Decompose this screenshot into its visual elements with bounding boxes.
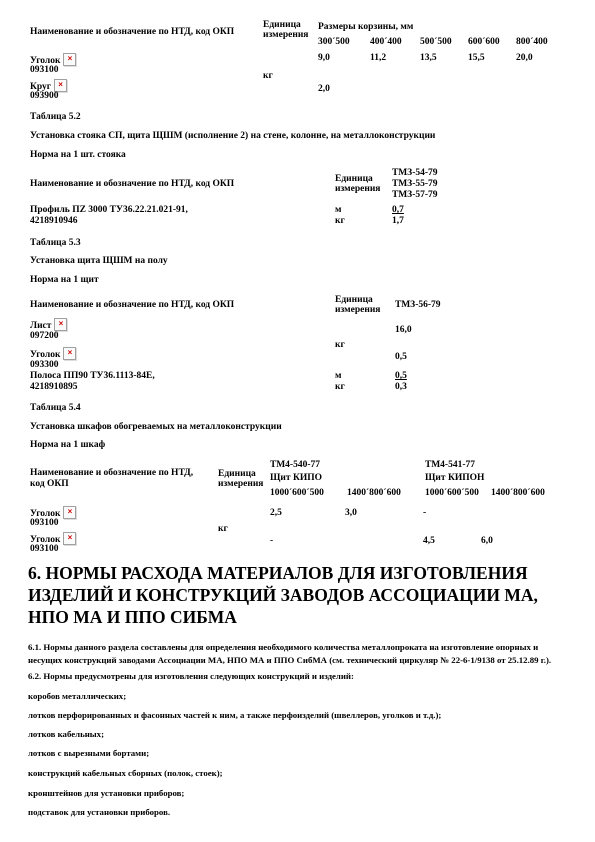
- t54-name-header: Наименование и обозначение по НТД, код О…: [30, 468, 208, 490]
- t51-size-col: 600´600: [468, 37, 500, 48]
- t52-doc-ref: ТМЗ-57-79: [392, 190, 438, 201]
- t54-size-col: 1400´800´600: [491, 488, 545, 499]
- broken-image-icon: ×: [63, 53, 76, 66]
- t53-value-denominator: 0,3: [395, 382, 407, 393]
- t52-caption: Таблица 5.2: [30, 112, 81, 123]
- list-item: конструкций кабельных сборных (полок, ст…: [28, 768, 223, 778]
- t51-size-col: 800´400: [516, 37, 548, 48]
- t53-description: Установка щита ЩШМ на полу: [30, 256, 168, 267]
- t51-row-code: 093900: [30, 91, 59, 102]
- t53-value-numerator: 0,5: [395, 371, 407, 382]
- document-page: Наименование и обозначение по НТД, код О…: [0, 0, 595, 842]
- t53-row-name: Уголок×: [30, 347, 76, 361]
- t53-caption: Таблица 5.3: [30, 238, 81, 249]
- t51-size-col: 500´500: [420, 37, 452, 48]
- t52-unit: м: [335, 205, 341, 216]
- t54-cell: 3,0: [345, 508, 357, 519]
- t52-row-name: Профиль ПZ 3000 ТУ36.22.21.021-91,: [30, 205, 188, 216]
- t52-name-header: Наименование и обозначение по НТД, код О…: [30, 179, 234, 190]
- t54-unit: кг: [218, 524, 228, 535]
- material-name: Уголок: [30, 350, 60, 360]
- t54-cell: -: [423, 508, 426, 519]
- t54-size-col: 1000´600´500: [270, 488, 324, 499]
- t51-unit-header: Единица измерения: [263, 20, 313, 40]
- broken-image-icon: ×: [63, 506, 76, 519]
- t54-doc-ref: ТМ4-541-77: [425, 460, 475, 471]
- list-item: лотков кабельных;: [28, 729, 104, 739]
- t53-unit: кг: [335, 340, 345, 351]
- broken-image-icon: ×: [63, 347, 76, 360]
- list-item: коробов металлических;: [28, 691, 126, 701]
- t54-doc-ref: ТМ4-540-77: [270, 460, 320, 471]
- t52-value-numerator: 0,7: [392, 205, 404, 216]
- t54-cell: 4,5: [423, 536, 435, 547]
- t52-description: Установка стояка СП, щита ЩШМ (исполнени…: [30, 131, 435, 142]
- broken-image-icon: ×: [63, 532, 76, 545]
- t52-unit: кг: [335, 216, 345, 227]
- t51-row-code: 093100: [30, 65, 59, 76]
- t54-cell: 2,5: [270, 508, 282, 519]
- t54-unit-header: Единица измерения: [218, 469, 268, 489]
- t54-row-code: 093100: [30, 544, 59, 555]
- t54-description: Установка шкафов обогреваемых на металло…: [30, 422, 282, 433]
- t54-cell: -: [270, 536, 273, 547]
- t53-doc-ref: ТМЗ-56-79: [395, 300, 441, 311]
- t52-norm: Норма на 1 шт. стояка: [30, 150, 126, 161]
- t51-cell: 15,5: [468, 53, 485, 64]
- t52-unit-header: Единица измерения: [335, 174, 385, 194]
- t51-size-col: 300´500: [318, 37, 350, 48]
- t54-group-title: Щит КИПО: [270, 473, 322, 484]
- t53-row-name: Лист×: [30, 318, 67, 332]
- t53-unit: кг: [335, 382, 345, 393]
- t53-row-code: 097200: [30, 331, 59, 342]
- t51-name-header: Наименование и обозначение по НТД, код О…: [30, 27, 234, 38]
- t54-size-col: 1000´600´500: [425, 488, 479, 499]
- t52-row-code: 4218910946: [30, 216, 78, 227]
- t52-doc-ref: ТМЗ-54-79: [392, 168, 438, 179]
- t54-group-title: Щит КИПОН: [425, 473, 484, 484]
- t53-cell: 0,5: [395, 352, 407, 363]
- t54-size-col: 1400´800´600: [347, 488, 401, 499]
- t53-cell: 16,0: [395, 325, 412, 336]
- t53-norm: Норма на 1 щит: [30, 275, 99, 286]
- t54-cell: 6,0: [481, 536, 493, 547]
- section-heading: 6. НОРМЫ РАСХОДА МАТЕРИАЛОВ ДЛЯ ИЗГОТОВЛ…: [28, 562, 568, 628]
- t51-size-col: 400´400: [370, 37, 402, 48]
- t53-name-header: Наименование и обозначение по НТД, код О…: [30, 300, 234, 311]
- material-name: Лист: [30, 321, 51, 331]
- t53-row-code: 093300: [30, 360, 59, 371]
- t52-doc-ref: ТМЗ-55-79: [392, 179, 438, 190]
- t53-unit: м: [335, 371, 341, 382]
- paragraph-6-1: 6.1. Нормы данного раздела составлены дл…: [28, 641, 573, 667]
- paragraph-6-2: 6.2. Нормы предусмотрены для изготовлени…: [28, 671, 354, 681]
- t53-row-name: Полоса ПП90 ТУ36.1113-84Е,: [30, 371, 155, 382]
- t53-unit-header: Единица измерения: [335, 295, 385, 315]
- list-item: кронштейнов для установки приборов;: [28, 788, 184, 798]
- t52-value-denominator: 1,7: [392, 216, 404, 227]
- list-item: подставок для установки приборов.: [28, 807, 170, 817]
- t54-row-code: 093100: [30, 518, 59, 529]
- t51-cell: 20,0: [516, 53, 533, 64]
- list-item: лотков с вырезными бортами;: [28, 748, 149, 758]
- list-item: лотков перфорированных и фасонных частей…: [28, 710, 441, 720]
- broken-image-icon: ×: [54, 318, 67, 331]
- t53-row-code: 4218910895: [30, 382, 78, 393]
- t54-norm: Норма на 1 шкаф: [30, 440, 105, 451]
- t54-caption: Таблица 5.4: [30, 403, 81, 414]
- t51-size-header: Размеры корзины, мм: [318, 22, 413, 33]
- t51-cell: 13,5: [420, 53, 437, 64]
- t51-cell: 9,0: [318, 53, 330, 64]
- t51-cell: 11,2: [370, 53, 386, 64]
- t51-cell: 2,0: [318, 84, 330, 95]
- t51-unit: кг: [263, 71, 273, 82]
